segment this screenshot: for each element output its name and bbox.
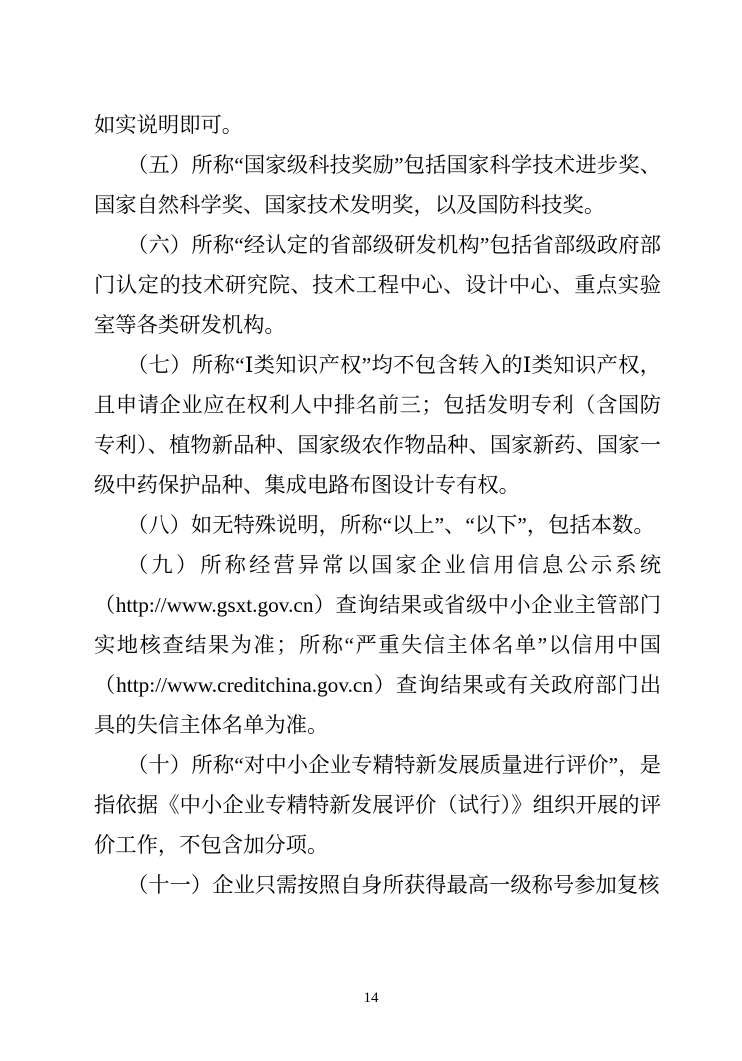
paragraph-item-seven: （七）所称“Ⅰ类知识产权”均不包含转入的Ⅰ类知识产权，且申请企业应在权利人中排名… bbox=[94, 345, 661, 505]
paragraph-item-eight: （八）如无特殊说明，所称“以上”、“以下”，包括本数。 bbox=[94, 505, 661, 545]
paragraph-item-nine: （九）所称经营异常以国家企业信用信息公示系统（http://www.gsxt.g… bbox=[94, 545, 661, 745]
paragraph-item-five: （五）所称“国家级科技奖励”包括国家科学技术进步奖、国家自然科学奖、国家技术发明… bbox=[94, 145, 661, 225]
paragraph-item-six: （六）所称“经认定的省部级研发机构”包括省部级政府部门认定的技术研究院、技术工程… bbox=[94, 225, 661, 345]
document-body: 如实说明即可。 （五）所称“国家级科技奖励”包括国家科学技术进步奖、国家自然科学… bbox=[94, 105, 661, 905]
page-number: 14 bbox=[0, 989, 742, 1007]
paragraph-continuation: 如实说明即可。 bbox=[94, 105, 661, 145]
paragraph-item-ten: （十）所称“对中小企业专精特新发展质量进行评价”，是指依据《中小企业专精特新发展… bbox=[94, 745, 661, 865]
document-page: 如实说明即可。 （五）所称“国家级科技奖励”包括国家科学技术进步奖、国家自然科学… bbox=[0, 0, 742, 1061]
paragraph-item-eleven: （十一）企业只需按照自身所获得最高一级称号参加复核 bbox=[94, 865, 661, 905]
